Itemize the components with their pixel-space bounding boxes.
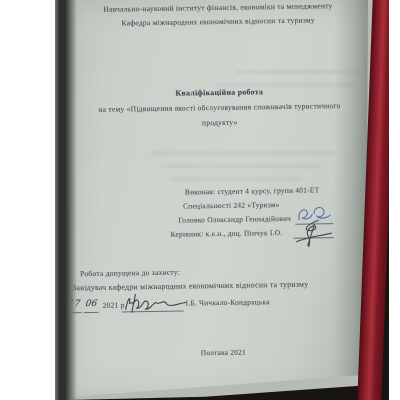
supervisor-line: Керівник: к.е.н., доц. Пінчук І.О. <box>170 228 282 239</box>
author-name-line: Головко Олександр Геннадійович <box>178 214 291 225</box>
head-name: І.Б. Чичкало-Кондрацька <box>186 297 270 307</box>
thesis-title-page: Навчально-науковий інститут фінансів, ек… <box>66 0 368 400</box>
supervisor-signature <box>290 218 332 249</box>
speciality-line: Спеціальності 242 «Туризм» <box>183 200 280 211</box>
document-photo: Навчально-науковий інститут фінансів, ек… <box>55 0 389 400</box>
work-title: Кваліфікаційна робота <box>64 86 366 100</box>
topic-line-2: продукту» <box>65 116 367 130</box>
city-year-line: Полтава 2021 <box>68 346 370 360</box>
admission-line-1: Робота допущена до захисту: <box>80 268 180 279</box>
date-month-blank <box>84 312 99 313</box>
topic-line-1: на тему «Підвищення якості обслуговуванн… <box>64 101 366 115</box>
department-line: Кафедра міжнародних економічних відносин… <box>63 15 365 29</box>
head-signature <box>119 290 187 315</box>
page-text: Навчально-науковий інститут фінансів, ек… <box>63 0 371 400</box>
date-month-handwritten: 06 <box>85 299 98 309</box>
performed-by-line: Виконав: студент 4 курсу, групи 401-ЕТ <box>185 185 320 196</box>
photo-canvas: Навчально-науковий інститут фінансів, ек… <box>0 0 400 400</box>
admission-line-2: Завідувач кафедри міжнародних економічни… <box>72 280 308 293</box>
binding-shadow <box>55 0 77 400</box>
institute-line: Навчально-науковий інститут фінансів, ек… <box>63 1 365 15</box>
